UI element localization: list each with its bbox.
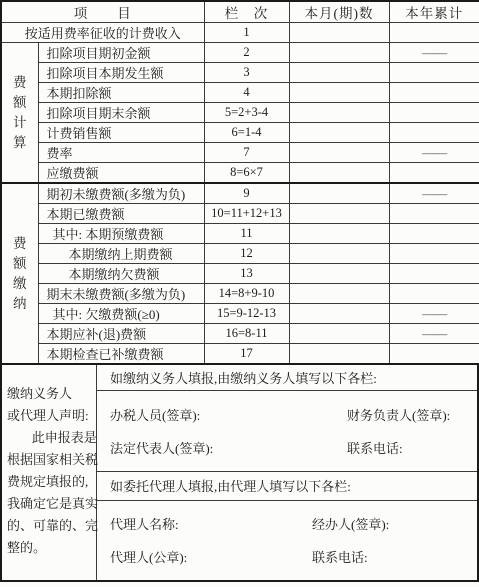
agent-signature-cell: 代理人名称: 经办人(签章): 代理人(公章): 联系电话: xyxy=(97,501,477,581)
declaration-line: 或代理人声明: xyxy=(7,405,93,427)
current-period-cell xyxy=(289,183,389,204)
table-row: 其中: 欠缴费额(≥0) 15=9-12-13 —— xyxy=(1,304,479,324)
current-period-cell xyxy=(289,344,389,365)
not-applicable-dash: —— xyxy=(422,306,446,321)
year-to-date-cell xyxy=(389,163,479,184)
year-to-date-cell: —— xyxy=(389,183,479,204)
table-row: 扣除项目本期发生额 3 xyxy=(1,63,479,83)
column-no-cell: 3 xyxy=(204,63,289,83)
declaration-line: 此申报表是 xyxy=(7,427,93,449)
year-to-date-cell xyxy=(389,284,479,304)
column-no-cell: 4 xyxy=(204,83,289,103)
current-period-cell xyxy=(289,284,389,304)
declaration-statement: 缴纳义务人 或代理人声明: 此申报表是 根据国家相关税 费规定填报的, 我确定它… xyxy=(2,365,97,580)
table-row: 扣除项目期末余额 5=2+3-4 xyxy=(1,103,479,123)
col-header-item: 项 目 xyxy=(1,1,204,23)
column-no-cell: 6=1-4 xyxy=(204,123,289,143)
handler-signature-label: 经办人(签章): xyxy=(312,514,389,533)
agent-section-title: 如委托代理人填报,由代理人填写以下各栏: xyxy=(97,472,477,501)
not-applicable-dash: —— xyxy=(422,186,446,201)
declaration-line: 整的。 xyxy=(7,537,93,559)
declaration-line: 我确定它是真实 xyxy=(7,493,93,515)
item-cell: 其中: 欠缴费额(≥0) xyxy=(38,304,204,324)
contact-phone-label: 联系电话: xyxy=(312,547,368,566)
column-no-cell: 8=6×7 xyxy=(204,163,289,184)
column-no-cell: 17 xyxy=(204,344,289,365)
item-cell: 本期扣除额 xyxy=(38,83,204,103)
table-row: 本期检查已补缴费额 17 xyxy=(1,344,479,365)
table-row: 费率 7 —— xyxy=(1,143,479,163)
col-header-current-period: 本月(期)数 xyxy=(289,1,389,23)
year-to-date-cell: —— xyxy=(389,304,479,324)
not-applicable-dash: —— xyxy=(422,45,446,60)
table-row: 本期扣除额 4 xyxy=(1,83,479,103)
year-to-date-cell: —— xyxy=(389,43,479,63)
column-no-cell: 5=2+3-4 xyxy=(204,103,289,123)
column-no-cell: 2 xyxy=(204,43,289,63)
current-period-cell xyxy=(289,304,389,324)
item-cell: 本期已缴费额 xyxy=(38,204,204,224)
table-row: 应缴费额 8=6×7 xyxy=(1,163,479,184)
year-to-date-cell xyxy=(389,264,479,284)
year-to-date-cell: —— xyxy=(389,324,479,344)
column-no-cell: 11 xyxy=(204,224,289,244)
fee-declaration-form: 项 目 栏 次 本月(期)数 本年累计 按适用费率征收的计费收入 1 费额计算 … xyxy=(0,0,479,587)
signature-row: 办税人员(签章): 财务负责人(签章): xyxy=(110,405,477,424)
item-cell: 扣除项目本期发生额 xyxy=(38,63,204,83)
column-no-cell: 1 xyxy=(204,23,289,43)
signature-row: 法定代表人(签章): 联系电话: xyxy=(110,438,477,457)
not-applicable-dash: —— xyxy=(422,145,446,160)
item-cell: 其中: 本期预缴费额 xyxy=(38,224,204,244)
signature-row: 代理人名称: 经办人(签章): xyxy=(110,514,477,533)
current-period-cell xyxy=(289,324,389,344)
column-no-cell: 12 xyxy=(204,244,289,264)
table-row: 本期缴纳上期费额 12 xyxy=(1,244,479,264)
column-no-cell: 7 xyxy=(204,143,289,163)
year-to-date-cell xyxy=(389,123,479,143)
table-row: 其中: 本期预缴费额 11 xyxy=(1,224,479,244)
table-row: 费额缴纳 期初未缴费额(多缴为负) 9 —— xyxy=(1,183,479,204)
item-cell: 期初未缴费额(多缴为负) xyxy=(38,183,204,204)
item-cell: 应缴费额 xyxy=(38,163,204,184)
fee-calculation-table: 项 目 栏 次 本月(期)数 本年累计 按适用费率征收的计费收入 1 费额计算 … xyxy=(0,0,479,365)
item-cell: 本期缴纳欠费额 xyxy=(38,264,204,284)
year-to-date-cell xyxy=(389,103,479,123)
item-cell: 按适用费率征收的计费收入 xyxy=(1,23,204,43)
year-to-date-cell xyxy=(389,83,479,103)
table-row: 计费销售额 6=1-4 xyxy=(1,123,479,143)
col-header-year-to-date: 本年累计 xyxy=(389,1,479,23)
agent-name-label: 代理人名称: xyxy=(110,514,312,533)
item-cell: 费率 xyxy=(38,143,204,163)
agent-seal-label: 代理人(公章): xyxy=(110,547,312,566)
declaration-line: 根据国家相关税 xyxy=(7,449,93,471)
col-header-column-no: 栏 次 xyxy=(204,1,289,23)
year-to-date-cell xyxy=(389,244,479,264)
signature-row: 代理人(公章): 联系电话: xyxy=(110,547,477,566)
column-no-cell: 9 xyxy=(204,183,289,204)
declaration-line: 缴纳义务人 xyxy=(7,383,93,405)
current-period-cell xyxy=(289,244,389,264)
current-period-cell xyxy=(289,224,389,244)
column-no-cell: 13 xyxy=(204,264,289,284)
current-period-cell xyxy=(289,63,389,83)
item-cell: 扣除项目期末余额 xyxy=(38,103,204,123)
year-to-date-cell xyxy=(389,23,479,43)
payer-signature-cell: 办税人员(签章): 财务负责人(签章): 法定代表人(签章): 联系电话: xyxy=(97,391,477,472)
current-period-cell xyxy=(289,264,389,284)
legal-representative-signature-label: 法定代表人(签章): xyxy=(110,438,347,457)
current-period-cell xyxy=(289,23,389,43)
table-row: 期末未缴费额(多缴为负) 14=8+9-10 xyxy=(1,284,479,304)
not-applicable-dash: —— xyxy=(422,326,446,341)
table-row: 本期应补(退)费额 16=8-11 —— xyxy=(1,324,479,344)
year-to-date-cell: —— xyxy=(389,143,479,163)
signature-fields-area: 如缴纳义务人填报,由缴纳义务人填写以下各栏: 办税人员(签章): 财务负责人(签… xyxy=(97,365,477,580)
year-to-date-cell xyxy=(389,344,479,365)
table-row: 费额计算 扣除项目期初金额 2 —— xyxy=(1,43,479,63)
item-cell: 本期缴纳上期费额 xyxy=(38,244,204,264)
current-period-cell xyxy=(289,163,389,184)
column-no-cell: 14=8+9-10 xyxy=(204,284,289,304)
payer-section-title: 如缴纳义务人填报,由缴纳义务人填写以下各栏: xyxy=(97,365,477,391)
item-cell: 本期应补(退)费额 xyxy=(38,324,204,344)
table-row: 本期已缴费额 10=11+12+13 xyxy=(1,204,479,224)
declaration-line: 的、可靠的、完 xyxy=(7,515,93,537)
declaration-line: 费规定填报的, xyxy=(7,471,93,493)
current-period-cell xyxy=(289,43,389,63)
tax-clerk-signature-label: 办税人员(签章): xyxy=(110,405,347,424)
header-row: 项 目 栏 次 本月(期)数 本年累计 xyxy=(1,1,479,23)
year-to-date-cell xyxy=(389,224,479,244)
current-period-cell xyxy=(289,204,389,224)
current-period-cell xyxy=(289,123,389,143)
item-cell: 计费销售额 xyxy=(38,123,204,143)
year-to-date-cell xyxy=(389,63,479,83)
finance-head-signature-label: 财务负责人(签章): xyxy=(347,405,450,424)
current-period-cell xyxy=(289,143,389,163)
item-cell: 本期检查已补缴费额 xyxy=(38,344,204,365)
current-period-cell xyxy=(289,103,389,123)
column-no-cell: 15=9-12-13 xyxy=(204,304,289,324)
table-row: 本期缴纳欠费额 13 xyxy=(1,264,479,284)
contact-phone-label: 联系电话: xyxy=(347,438,403,457)
group-label-fee-payment: 费额缴纳 xyxy=(1,183,38,364)
item-cell: 扣除项目期初金额 xyxy=(38,43,204,63)
table-row: 按适用费率征收的计费收入 1 xyxy=(1,23,479,43)
signature-section: 缴纳义务人 或代理人声明: 此申报表是 根据国家相关税 费规定填报的, 我确定它… xyxy=(0,365,479,582)
column-no-cell: 16=8-11 xyxy=(204,324,289,344)
year-to-date-cell xyxy=(389,204,479,224)
group-label-fee-calculation: 费额计算 xyxy=(1,43,38,184)
column-no-cell: 10=11+12+13 xyxy=(204,204,289,224)
current-period-cell xyxy=(289,83,389,103)
item-cell: 期末未缴费额(多缴为负) xyxy=(38,284,204,304)
